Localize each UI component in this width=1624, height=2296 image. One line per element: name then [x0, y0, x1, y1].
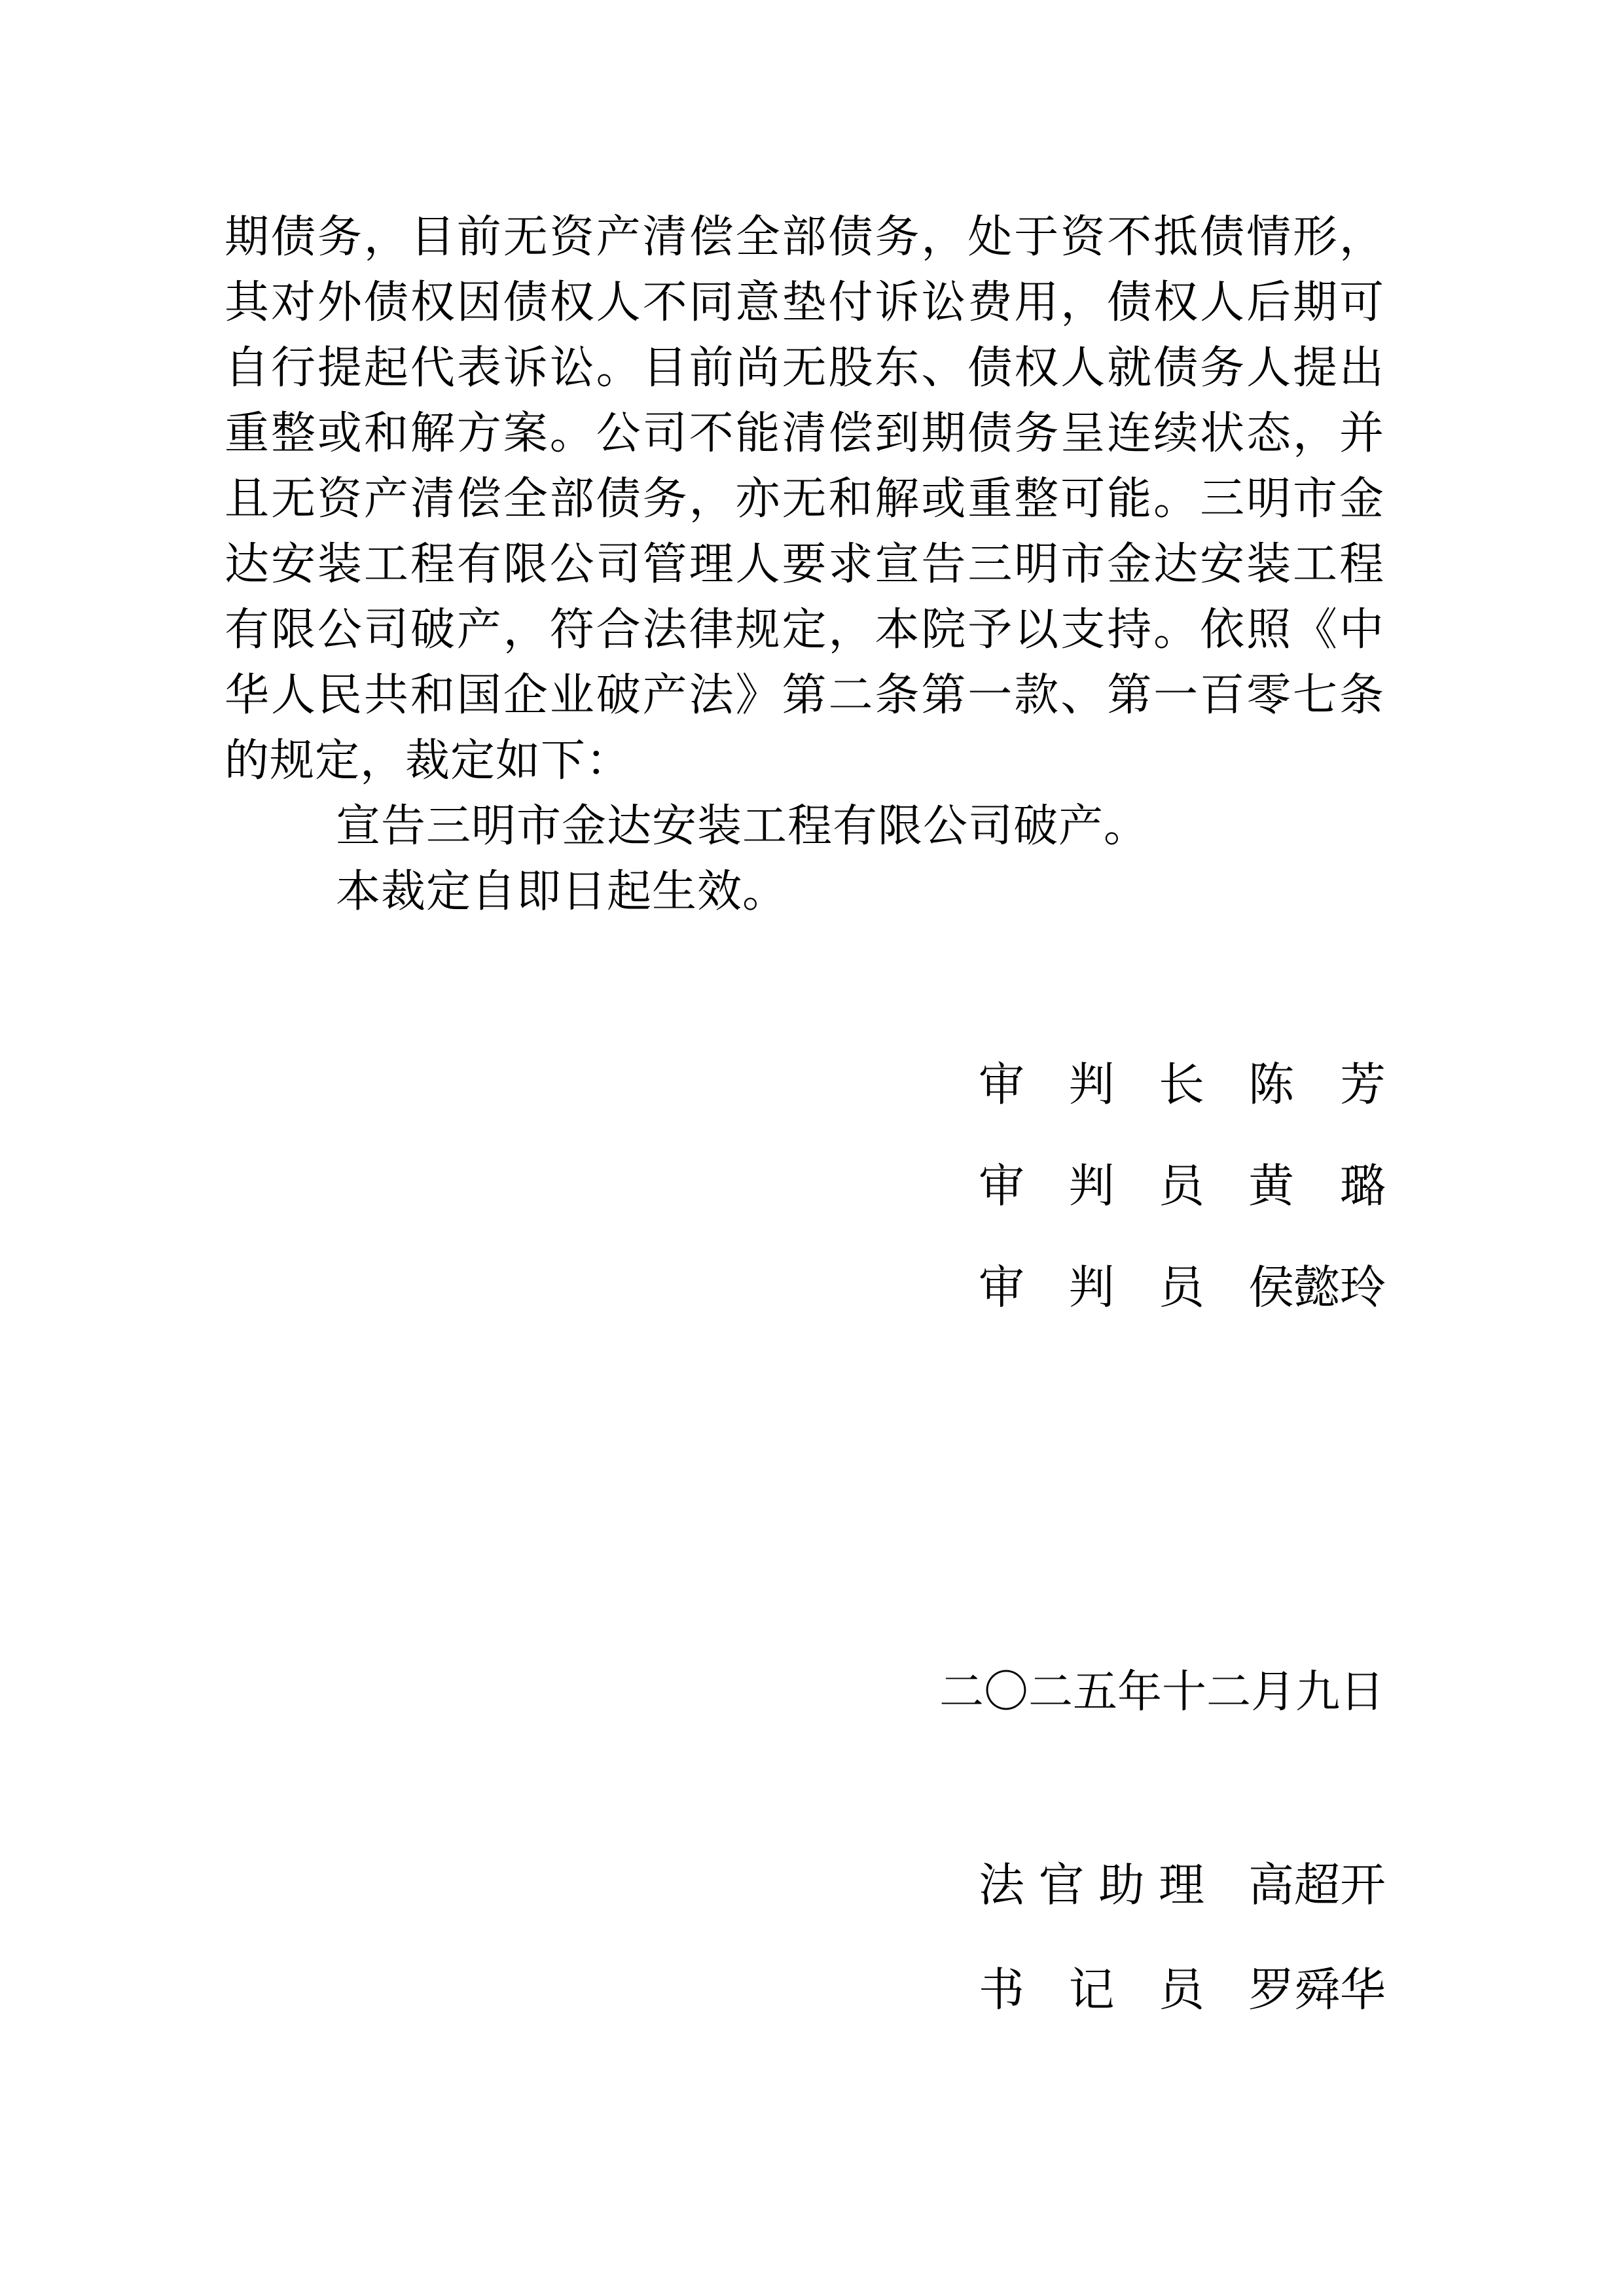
- court-ruling-page: 期债务，目前无资产清偿全部债务，处于资不抵债情形，其对外债权因债权人不同意垫付诉…: [0, 0, 1624, 2296]
- staff-name: 罗舜华: [1248, 1937, 1386, 2042]
- judge-name: 侯懿玲: [1248, 1237, 1386, 1338]
- signature-row-presiding-judge: 审判长 陈芳: [979, 1034, 1386, 1136]
- staff-role-label: 法官助理: [979, 1833, 1204, 1937]
- staff-row-assistant: 法官助理 高超开: [979, 1833, 1386, 1937]
- judge-role-label: 审判长: [979, 1034, 1204, 1136]
- judge-role-label: 审判员: [979, 1136, 1204, 1237]
- body-paragraph: 期债务，目前无资产清偿全部债务，处于资不抵债情形，其对外债权因债权人不同意垫付诉…: [225, 204, 1384, 793]
- ruling-item-2: 本裁定自即日起生效。: [225, 859, 1384, 924]
- staff-row-clerk: 书记员 罗舜华: [979, 1937, 1386, 2042]
- staff-role-label: 书记员: [979, 1937, 1204, 2042]
- judge-name: 陈芳: [1248, 1034, 1386, 1136]
- ruling-body: 期债务，目前无资产清偿全部债务，处于资不抵债情形，其对外债权因债权人不同意垫付诉…: [225, 204, 1384, 924]
- staff-name: 高超开: [1248, 1833, 1386, 1937]
- ruling-item-1: 宣告三明市金达安装工程有限公司破产。: [225, 793, 1384, 859]
- ruling-date: 二〇二五年十二月九日: [939, 1659, 1384, 1725]
- staff-block: 法官助理 高超开 书记员 罗舜华: [979, 1833, 1386, 2042]
- judge-name: 黄璐: [1248, 1136, 1386, 1237]
- signature-block: 审判长 陈芳 审判员 黄璐 审判员 侯懿玲: [979, 1034, 1386, 1338]
- judge-role-label: 审判员: [979, 1237, 1204, 1338]
- signature-row-judge-3: 审判员 侯懿玲: [979, 1237, 1386, 1338]
- signature-row-judge-2: 审判员 黄璐: [979, 1136, 1386, 1237]
